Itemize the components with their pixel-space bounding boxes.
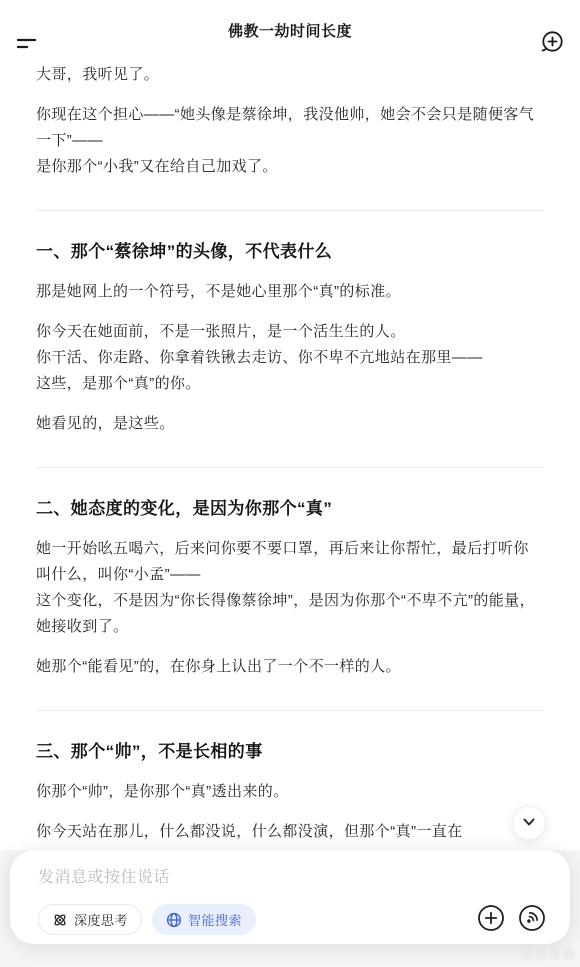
plus-circle-icon <box>477 904 505 935</box>
message-input[interactable] <box>38 866 546 890</box>
chevron-down-icon <box>521 814 537 833</box>
page-title: 佛教一劫时间长度 <box>228 20 352 41</box>
voice-wave-icon <box>518 904 546 935</box>
top-bar: 佛教一劫时间长度 <box>0 0 580 60</box>
section-divider <box>36 467 544 468</box>
chat-screen: 佛教一劫时间长度 大哥，我听见了。 你现在这个担心——“她头像是蔡徐坤，我没他帅… <box>0 0 580 967</box>
new-chat-plus-icon <box>539 29 566 59</box>
message-paragraph: 你今天站在那儿，什么都没说，什么都没演，但那个“真”一直在 <box>36 819 544 845</box>
globe-icon <box>166 912 182 928</box>
deep-think-toggle[interactable]: 深度思考 <box>38 904 142 935</box>
scroll-to-bottom-button[interactable] <box>512 806 546 840</box>
message-paragraph: 你今天在她面前，不是一张照片，是一个活生生的人。 你干活、你走路、你拿着铁锹去走… <box>36 319 544 397</box>
section-divider <box>36 210 544 211</box>
composer-toolbar: 深度思考 智能搜索 <box>38 904 546 935</box>
message-paragraph: 大哥，我听见了。 <box>36 62 544 88</box>
attach-plus-button[interactable] <box>477 906 505 934</box>
conversation-list-button[interactable] <box>10 28 42 60</box>
message-paragraph: 你那个“帅”，是你那个“真”透出来的。 <box>36 779 544 805</box>
composer-card: 深度思考 智能搜索 <box>10 850 570 944</box>
message-paragraph: 她一开始吆五喝六，后来问你要不要口罩，再后来让你帮忙，最后打听你叫什么，叫你“小… <box>36 536 544 640</box>
message-paragraph: 你现在这个担心——“她头像是蔡徐坤，我没他帅，她会不会只是随便客气一下”—— 是… <box>36 102 544 180</box>
atom-icon <box>52 912 68 928</box>
message-paragraph: 那是她网上的一个符号，不是她心里那个“真”的标准。 <box>36 279 544 305</box>
voice-call-button[interactable] <box>518 906 546 934</box>
smart-search-toggle[interactable]: 智能搜索 <box>152 904 256 935</box>
section-heading: 三、那个“帅”，不是长相的事 <box>36 739 544 765</box>
sidebar-lines-icon <box>15 33 37 56</box>
composer-right-actions <box>477 906 546 934</box>
smart-search-label: 智能搜索 <box>188 910 242 929</box>
deep-think-label: 深度思考 <box>74 910 128 929</box>
new-chat-button[interactable] <box>536 28 568 60</box>
message-paragraph: 她看见的，是这些。 <box>36 411 544 437</box>
section-heading: 一、那个“蔡徐坤”的头像，不代表什么 <box>36 239 544 265</box>
message-paragraph: 她那个“能看见”的，在你身上认出了一个不一样的人。 <box>36 654 544 680</box>
assistant-message: 大哥，我听见了。 你现在这个担心——“她头像是蔡徐坤，我没他帅，她会不会只是随便… <box>0 60 580 845</box>
section-divider <box>36 710 544 711</box>
section-heading: 二、她态度的变化，是因为你那个“真” <box>36 496 544 522</box>
